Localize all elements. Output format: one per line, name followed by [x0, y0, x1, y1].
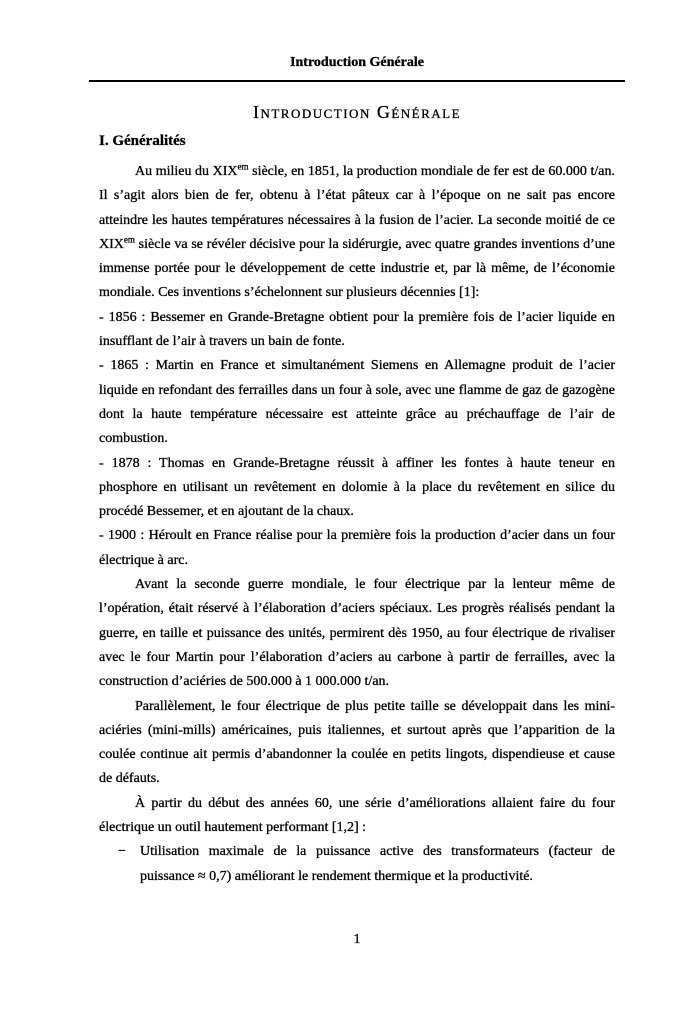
paragraph: Parallèlement, le four électrique de plu… — [99, 695, 615, 792]
running-header: Introduction Générale — [89, 55, 625, 71]
document-title: Introduction Générale — [89, 102, 625, 123]
bullet-text: Utilisation maximale de la puissance act… — [140, 844, 615, 883]
text-segment: Avant la seconde guerre mondiale, le fou… — [99, 577, 615, 689]
superscript-text: em — [238, 161, 249, 171]
bullet-dash: − — [118, 840, 126, 864]
text-segment: siècle va se révéler décisive pour la si… — [99, 237, 615, 301]
document-page: Introduction Générale Introduction Génér… — [0, 0, 700, 1028]
document-body: Au milieu du XIXem siècle, en 1851, la p… — [99, 160, 615, 889]
bullet-item: −Utilisation maximale de la puissance ac… — [99, 840, 615, 889]
paragraph: À partir du début des années 60, une sér… — [99, 792, 615, 841]
page-number: 1 — [89, 932, 625, 948]
text-segment: Au milieu du XIX — [135, 164, 238, 179]
paragraph: Au milieu du XIXem siècle, en 1851, la p… — [99, 160, 615, 306]
section-heading: I. Généralités — [99, 133, 186, 150]
text-segment: - 1856 : Bessemer en Grande-Bretagne obt… — [99, 310, 615, 349]
header-rule — [89, 80, 625, 82]
text-segment: - 1878 : Thomas en Grande-Bretagne réuss… — [99, 456, 615, 520]
text-segment: - 1900 : Héroult en France réalise pour … — [99, 528, 615, 567]
text-segment: - 1865 : Martin en France et simultanéme… — [99, 358, 615, 446]
paragraph: - 1856 : Bessemer en Grande-Bretagne obt… — [99, 306, 615, 355]
text-segment: À partir du début des années 60, une sér… — [99, 796, 615, 835]
text-segment: Utilisation maximale de la puissance act… — [140, 844, 615, 883]
text-segment: Parallèlement, le four électrique de plu… — [99, 699, 615, 787]
paragraph: - 1865 : Martin en France et simultanéme… — [99, 354, 615, 451]
superscript-text: em — [124, 234, 135, 244]
paragraph: - 1878 : Thomas en Grande-Bretagne réuss… — [99, 452, 615, 525]
paragraph: - 1900 : Héroult en France réalise pour … — [99, 524, 615, 573]
paragraph: Avant la seconde guerre mondiale, le fou… — [99, 573, 615, 694]
